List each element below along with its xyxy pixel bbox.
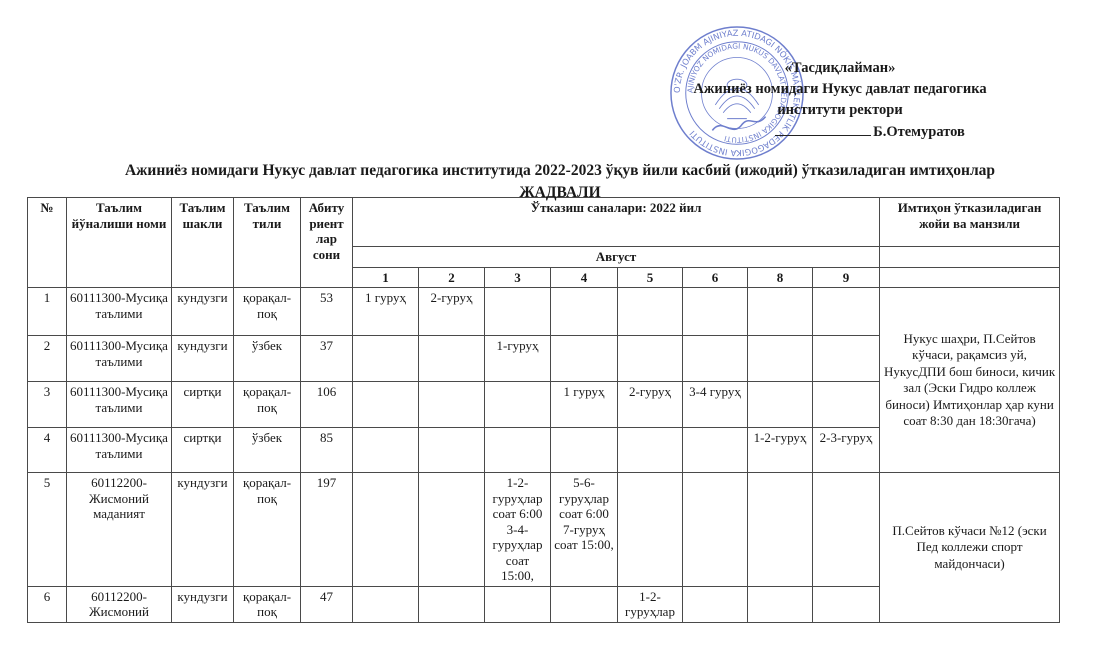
row-day-cell: 1-2-гуруҳлар bbox=[618, 586, 683, 622]
row-num: 3 bbox=[28, 382, 67, 428]
row-form: кундузги bbox=[172, 336, 234, 382]
row-applicants: 53 bbox=[301, 288, 353, 336]
row-direction: 60112200-Жисмоний bbox=[67, 586, 172, 622]
row-direction: 60111300-Мусиқа таълими bbox=[67, 336, 172, 382]
row-day-cell bbox=[813, 473, 880, 587]
row-form: сиртқи bbox=[172, 428, 234, 473]
approval-heading: «Тасдиқлайман» bbox=[640, 58, 1040, 79]
row-day-cell: 2-гуруҳ bbox=[419, 288, 485, 336]
header-day: 5 bbox=[618, 267, 683, 288]
header-num: № bbox=[28, 198, 67, 288]
row-language: ўзбек bbox=[234, 428, 301, 473]
row-day-cell bbox=[551, 288, 618, 336]
row-direction: 60111300-Мусиқа таълими bbox=[67, 382, 172, 428]
row-day-cell bbox=[353, 428, 419, 473]
row-day-cell bbox=[485, 586, 551, 622]
row-num: 4 bbox=[28, 428, 67, 473]
row-day-cell bbox=[748, 336, 813, 382]
row-applicants: 37 bbox=[301, 336, 353, 382]
row-form: кундузги bbox=[172, 473, 234, 587]
row-day-cell bbox=[748, 288, 813, 336]
row-day-cell bbox=[419, 586, 485, 622]
row-day-cell bbox=[419, 428, 485, 473]
approval-block: «Тасдиқлайман» Ажиниёз номидаги Нукус да… bbox=[640, 58, 1040, 143]
table-row: 5 60112200-Жисмоний маданият кундузги қо… bbox=[28, 473, 1060, 587]
document-title: Ажиниёз номидаги Нукус давлат педагогика… bbox=[60, 160, 1060, 204]
row-direction: 60111300-Мусиқа таълими bbox=[67, 428, 172, 473]
signature-underline bbox=[775, 121, 871, 136]
row-day-cell bbox=[419, 336, 485, 382]
header-day: 9 bbox=[813, 267, 880, 288]
table-row: 1 60111300-Мусиқа таълими кундузги қорақ… bbox=[28, 288, 1060, 336]
row-day-cell bbox=[683, 586, 748, 622]
row-day-cell bbox=[353, 473, 419, 587]
row-day-cell: 1-2-гуруҳ bbox=[748, 428, 813, 473]
row-day-cell: 1 гуруҳ bbox=[551, 382, 618, 428]
header-day: 2 bbox=[419, 267, 485, 288]
exam-schedule-table: № Таълим йўналиши номи Таълим шакли Таъл… bbox=[27, 197, 1060, 623]
row-day-cell bbox=[353, 586, 419, 622]
header-day: 8 bbox=[748, 267, 813, 288]
row-day-cell bbox=[683, 473, 748, 587]
row-day-cell bbox=[683, 288, 748, 336]
row-day-cell bbox=[353, 336, 419, 382]
approval-line-2: институти ректори bbox=[640, 100, 1040, 121]
row-applicants: 47 bbox=[301, 586, 353, 622]
header-location: Имтиҳон ўтказиладиган жойи ва манзили bbox=[880, 198, 1060, 247]
row-day-cell bbox=[748, 473, 813, 587]
header-month: Август bbox=[353, 247, 880, 268]
row-day-cell bbox=[485, 428, 551, 473]
row-form: сиртқи bbox=[172, 382, 234, 428]
location-sport: П.Сейтов кўчаси №12 (эски Пед коллежи сп… bbox=[880, 473, 1060, 623]
row-day-cell bbox=[485, 288, 551, 336]
row-day-cell bbox=[618, 473, 683, 587]
row-day-cell bbox=[748, 382, 813, 428]
header-applicants: Абиту риент лар сони bbox=[301, 198, 353, 288]
row-day-cell bbox=[551, 586, 618, 622]
row-num: 2 bbox=[28, 336, 67, 382]
header-month-blank bbox=[880, 247, 1060, 268]
row-form: кундузги bbox=[172, 586, 234, 622]
row-direction: 60111300-Мусиқа таълими bbox=[67, 288, 172, 336]
row-day-cell: 2-гуруҳ bbox=[618, 382, 683, 428]
header-day: 1 bbox=[353, 267, 419, 288]
row-language: ўзбек bbox=[234, 336, 301, 382]
row-language: қорақал-поқ bbox=[234, 382, 301, 428]
row-day-cell bbox=[551, 428, 618, 473]
row-day-cell bbox=[813, 382, 880, 428]
row-day-cell bbox=[813, 586, 880, 622]
row-day-cell bbox=[813, 288, 880, 336]
row-language: қорақал-поқ bbox=[234, 473, 301, 587]
row-day-cell bbox=[618, 336, 683, 382]
row-applicants: 197 bbox=[301, 473, 353, 587]
row-language: қорақал-поқ bbox=[234, 288, 301, 336]
row-day-cell bbox=[618, 428, 683, 473]
row-direction: 60112200-Жисмоний маданият bbox=[67, 473, 172, 587]
row-day-cell bbox=[618, 288, 683, 336]
header-direction: Таълим йўналиши номи bbox=[67, 198, 172, 288]
approval-signature-line: Б.Отемуратов bbox=[640, 121, 1040, 143]
location-music: Нукус шаҳри, П.Сейтов кўчаси, рақамсиз у… bbox=[880, 288, 1060, 473]
row-day-cell bbox=[683, 336, 748, 382]
row-day-cell bbox=[419, 473, 485, 587]
row-day-cell bbox=[551, 336, 618, 382]
row-applicants: 106 bbox=[301, 382, 353, 428]
header-day: 6 bbox=[683, 267, 748, 288]
header-language: Таълим тили bbox=[234, 198, 301, 288]
approval-line-1: Ажиниёз номидаги Нукус давлат педагогика bbox=[640, 79, 1040, 100]
row-day-cell bbox=[419, 382, 485, 428]
row-day-cell: 5-6-гуруҳлар соат 6:00 7-гуруҳ соат 15:0… bbox=[551, 473, 618, 587]
document-title-line-1: Ажиниёз номидаги Нукус давлат педагогика… bbox=[60, 160, 1060, 182]
row-day-cell bbox=[353, 382, 419, 428]
row-num: 6 bbox=[28, 586, 67, 622]
header-dates: Ўтказиш саналари: 2022 йил bbox=[353, 198, 880, 247]
row-day-cell: 1-2-гуруҳлар соат 6:00 3-4-гуруҳлар соат… bbox=[485, 473, 551, 587]
header-day-blank bbox=[880, 267, 1060, 288]
row-day-cell: 3-4 гуруҳ bbox=[683, 382, 748, 428]
row-day-cell: 2-3-гуруҳ bbox=[813, 428, 880, 473]
approval-signatory: Б.Отемуратов bbox=[873, 124, 965, 140]
row-day-cell bbox=[748, 586, 813, 622]
row-form: кундузги bbox=[172, 288, 234, 336]
row-num: 5 bbox=[28, 473, 67, 587]
row-day-cell bbox=[683, 428, 748, 473]
header-day: 3 bbox=[485, 267, 551, 288]
row-language: қорақал-поқ bbox=[234, 586, 301, 622]
row-day-cell bbox=[813, 336, 880, 382]
row-day-cell: 1-гуруҳ bbox=[485, 336, 551, 382]
header-day: 4 bbox=[551, 267, 618, 288]
row-applicants: 85 bbox=[301, 428, 353, 473]
document-title-line-2: ЖАДВАЛИ bbox=[60, 182, 1060, 204]
row-day-cell bbox=[485, 382, 551, 428]
header-form: Таълим шакли bbox=[172, 198, 234, 288]
row-day-cell: 1 гуруҳ bbox=[353, 288, 419, 336]
row-num: 1 bbox=[28, 288, 67, 336]
